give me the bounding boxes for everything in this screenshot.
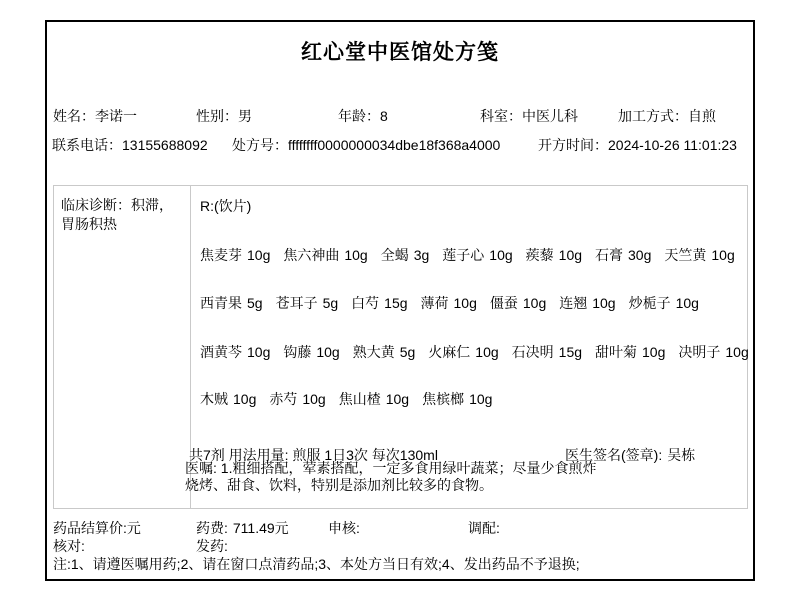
medicine-dose: 10g bbox=[247, 344, 270, 360]
medicine-dose: 10g bbox=[676, 295, 699, 311]
fee-field: 药费:711.49元 bbox=[196, 518, 289, 538]
patient-name-field: 姓名：李诺一 bbox=[53, 106, 137, 126]
medicine-dose: 5g bbox=[400, 344, 416, 360]
rx-header: R:(饮片) bbox=[200, 196, 251, 216]
medicine-name: 苍耳子 bbox=[276, 295, 318, 311]
medicine-name: 僵蚕 bbox=[490, 295, 518, 311]
doctor-advice: 医嘱: 1.粗细搭配，荤素搭配，一定多食用绿叶蔬菜；尽量少食煎炸烧烤、甜食、饮料… bbox=[185, 460, 599, 494]
prescription-box: 临床诊断：积滞，胃肠积热 R:(饮片) 焦麦芽10g焦六神曲10g全蝎3g莲子心… bbox=[53, 185, 748, 509]
medicine-item: 白芍15g bbox=[351, 295, 407, 311]
issue-time-label: 开方时间： bbox=[538, 137, 608, 153]
page-title: 红心堂中医馆处方笺 bbox=[47, 36, 753, 66]
rx-number-value: ffffffff0000000034dbe18f368a4000 bbox=[288, 137, 500, 153]
medicine-item: 焦六神曲10g bbox=[283, 247, 367, 263]
medicine-dose: 10g bbox=[725, 344, 748, 360]
patient-gender-value: 男 bbox=[238, 108, 252, 124]
medicine-dose: 15g bbox=[559, 344, 582, 360]
settle-price-label: 药品结算价: bbox=[53, 520, 127, 536]
medicine-name: 连翘 bbox=[559, 295, 587, 311]
medicine-item: 熟大黄5g bbox=[353, 344, 416, 360]
check-label: 核对: bbox=[53, 538, 85, 554]
medicine-dose: 10g bbox=[489, 247, 512, 263]
medicine-dose: 10g bbox=[642, 344, 665, 360]
review-label: 申核: bbox=[328, 520, 360, 536]
medicine-item: 焦麦芽10g bbox=[200, 247, 270, 263]
medicine-line: 木贼10g赤芍10g焦山楂10g焦槟榔10g bbox=[200, 389, 505, 409]
medicine-line: 焦麦芽10g焦六神曲10g全蝎3g莲子心10g蒺藜10g石膏30g天竺黄10g bbox=[200, 245, 748, 265]
medicine-item: 全蝎3g bbox=[381, 247, 430, 263]
footer-note: 注:1、请遵医嘱用药;2、请在窗口点清药品;3、本处方当日有效;4、发出药品不予… bbox=[53, 554, 580, 574]
patient-name-value: 李诺一 bbox=[95, 108, 137, 124]
medicine-dose: 10g bbox=[469, 391, 492, 407]
patient-age-label: 年龄： bbox=[338, 108, 380, 124]
medicine-item: 蒺藜10g bbox=[526, 247, 582, 263]
medicine-name: 甜叶菊 bbox=[595, 344, 637, 360]
medicine-dose: 10g bbox=[523, 295, 546, 311]
patient-gender-label: 性别： bbox=[196, 108, 238, 124]
medicine-name: 全蝎 bbox=[381, 247, 409, 263]
medicine-item: 木贼10g bbox=[200, 391, 256, 407]
medicine-dose: 3g bbox=[414, 247, 430, 263]
medicine-item: 甜叶菊10g bbox=[595, 344, 665, 360]
medicine-dose: 15g bbox=[384, 295, 407, 311]
medicine-dose: 5g bbox=[323, 295, 339, 311]
fee-label: 药费: bbox=[196, 520, 228, 536]
patient-name-label: 姓名： bbox=[53, 108, 95, 124]
medicine-item: 钩藤10g bbox=[283, 344, 339, 360]
rx-number-label: 处方号： bbox=[232, 137, 288, 153]
issue-time-field: 开方时间：2024-10-26 11:01:23 bbox=[538, 135, 737, 155]
medicine-dose: 10g bbox=[316, 344, 339, 360]
medicine-dose: 5g bbox=[247, 295, 263, 311]
medicine-name: 蒺藜 bbox=[526, 247, 554, 263]
medicine-line: 酒黄芩10g钩藤10g熟大黄5g火麻仁10g石决明15g甜叶菊10g决明子10g bbox=[200, 342, 762, 362]
fee-value: 711.49元 bbox=[233, 520, 289, 536]
patient-department-label: 科室： bbox=[480, 108, 522, 124]
medicine-name: 薄荷 bbox=[421, 295, 449, 311]
medicine-item: 莲子心10g bbox=[442, 247, 512, 263]
patient-age-field: 年龄：8 bbox=[338, 106, 388, 126]
medicine-dose: 10g bbox=[302, 391, 325, 407]
medicine-name: 焦山楂 bbox=[339, 391, 381, 407]
medicine-dose: 10g bbox=[475, 344, 498, 360]
prepare-label: 调配: bbox=[468, 520, 500, 536]
medicine-item: 炒栀子10g bbox=[629, 295, 699, 311]
phone-field: 联系电话：13155688092 bbox=[52, 135, 208, 155]
phone-value: 13155688092 bbox=[122, 137, 208, 153]
diagnosis-label: 临床诊断： bbox=[61, 197, 131, 213]
medicine-dose: 10g bbox=[711, 247, 734, 263]
patient-department-field: 科室：中医儿科 bbox=[480, 106, 578, 126]
issue-time-value: 2024-10-26 11:01:23 bbox=[608, 137, 737, 153]
phone-label: 联系电话： bbox=[52, 137, 122, 153]
medicine-dose: 10g bbox=[592, 295, 615, 311]
medicine-name: 天竺黄 bbox=[664, 247, 706, 263]
medicine-name: 石膏 bbox=[595, 247, 623, 263]
settle-price-field: 药品结算价:元 bbox=[53, 518, 141, 538]
processing-method-field: 加工方式：自煎 bbox=[618, 106, 716, 126]
medicine-item: 焦槟榔10g bbox=[422, 391, 492, 407]
medicine-dose: 10g bbox=[344, 247, 367, 263]
medicine-dose: 30g bbox=[628, 247, 651, 263]
clinical-diagnosis: 临床诊断：积滞，胃肠积热 bbox=[54, 186, 191, 508]
medicine-item: 石决明15g bbox=[512, 344, 582, 360]
medicine-dose: 10g bbox=[559, 247, 582, 263]
patient-age-value: 8 bbox=[380, 108, 388, 124]
medicine-item: 焦山楂10g bbox=[339, 391, 409, 407]
medicine-item: 薄荷10g bbox=[421, 295, 477, 311]
prepare-field: 调配: bbox=[468, 518, 505, 538]
medicine-item: 连翘10g bbox=[559, 295, 615, 311]
patient-department-value: 中医儿科 bbox=[522, 108, 578, 124]
medicine-name: 木贼 bbox=[200, 391, 228, 407]
medicine-dose: 10g bbox=[386, 391, 409, 407]
processing-method-label: 加工方式： bbox=[618, 108, 688, 124]
medicine-line: 西青果5g苍耳子5g白芍15g薄荷10g僵蚕10g连翘10g炒栀子10g bbox=[200, 293, 712, 313]
medicine-name: 西青果 bbox=[200, 295, 242, 311]
medicine-item: 酒黄芩10g bbox=[200, 344, 270, 360]
dispense-label: 发药: bbox=[196, 538, 228, 554]
medicine-item: 决明子10g bbox=[678, 344, 748, 360]
medicine-name: 莲子心 bbox=[442, 247, 484, 263]
medicine-dose: 10g bbox=[233, 391, 256, 407]
medicine-item: 苍耳子5g bbox=[276, 295, 339, 311]
medicine-item: 火麻仁10g bbox=[428, 344, 498, 360]
medicine-name: 焦槟榔 bbox=[422, 391, 464, 407]
medicine-item: 西青果5g bbox=[200, 295, 263, 311]
medicine-name: 赤芍 bbox=[269, 391, 297, 407]
medicine-item: 赤芍10g bbox=[269, 391, 325, 407]
review-field: 申核: bbox=[328, 518, 365, 538]
check-field: 核对: bbox=[53, 536, 90, 556]
medicine-name: 火麻仁 bbox=[428, 344, 470, 360]
processing-method-value: 自煎 bbox=[688, 108, 716, 124]
settle-price-value: 元 bbox=[127, 520, 141, 536]
doctor-signature-value: 吴栋 bbox=[667, 447, 695, 463]
medicine-name: 炒栀子 bbox=[629, 295, 671, 311]
medicine-dose: 10g bbox=[454, 295, 477, 311]
medicine-name: 焦麦芽 bbox=[200, 247, 242, 263]
medicine-item: 石膏30g bbox=[595, 247, 651, 263]
medicine-name: 石决明 bbox=[512, 344, 554, 360]
prescription-page: 红心堂中医馆处方笺 姓名：李诺一 性别：男 年龄：8 科室：中医儿科 加工方式：… bbox=[45, 20, 755, 581]
medicine-name: 钩藤 bbox=[283, 344, 311, 360]
medicine-name: 决明子 bbox=[678, 344, 720, 360]
medicine-name: 焦六神曲 bbox=[283, 247, 339, 263]
medicine-name: 白芍 bbox=[351, 295, 379, 311]
medicine-item: 天竺黄10g bbox=[664, 247, 734, 263]
medicine-name: 熟大黄 bbox=[353, 344, 395, 360]
patient-gender-field: 性别：男 bbox=[196, 106, 252, 126]
medicine-name: 酒黄芩 bbox=[200, 344, 242, 360]
medicine-item: 僵蚕10g bbox=[490, 295, 546, 311]
medicine-dose: 10g bbox=[247, 247, 270, 263]
dispense-field: 发药: bbox=[196, 536, 233, 556]
rx-number-field: 处方号：ffffffff0000000034dbe18f368a4000 bbox=[232, 135, 500, 155]
